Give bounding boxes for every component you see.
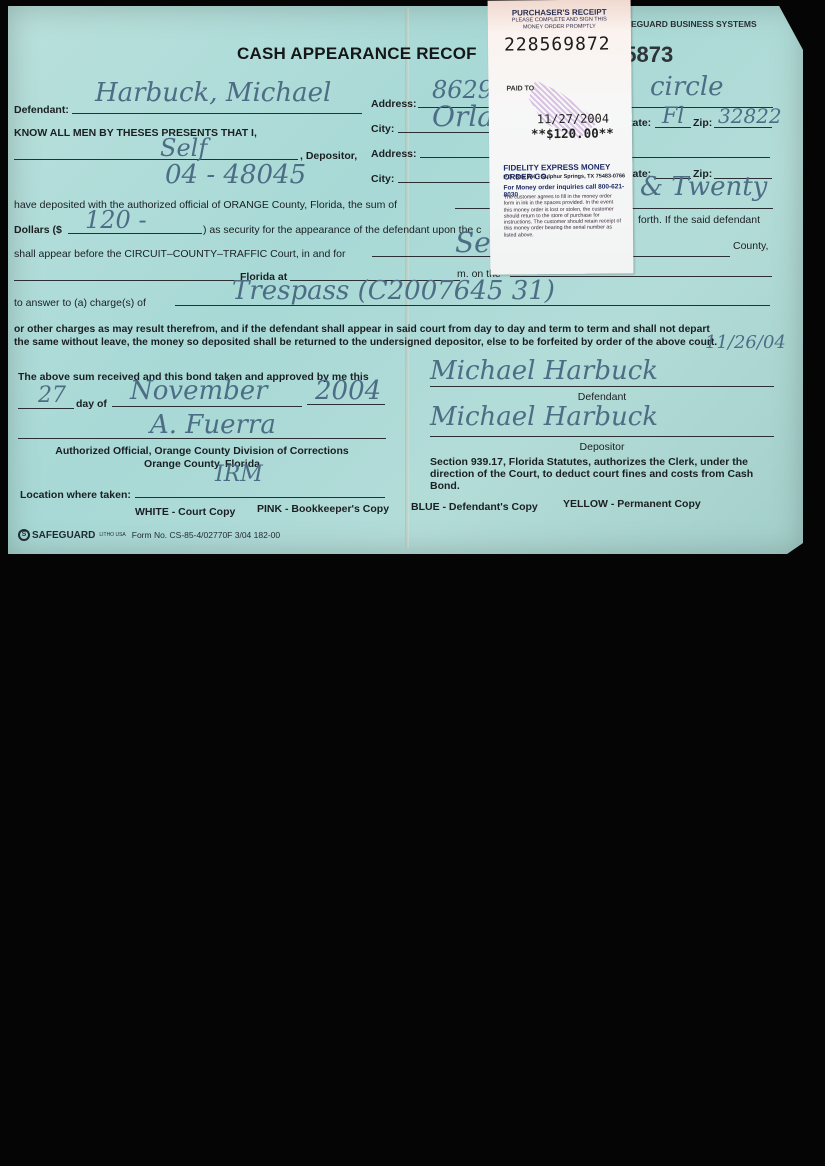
copy-pink: PINK - Bookkeeper's Copy bbox=[257, 503, 389, 515]
paid-to-label: PAID TO bbox=[506, 85, 534, 92]
receipt-serial-number: 228569872 bbox=[504, 33, 611, 55]
defendant-name-handwritten: Harbuck, Michael bbox=[95, 78, 331, 108]
receipt-date: 11/27/2004 bbox=[537, 111, 609, 126]
day-of-label: day of bbox=[76, 398, 107, 410]
address-handwritten-2: circle bbox=[650, 72, 724, 102]
charge-handwritten: Trespass (C2007645 31) bbox=[232, 276, 555, 306]
depositor-signature-line[interactable] bbox=[430, 436, 774, 437]
form-title: CASH APPEARANCE RECOF bbox=[237, 44, 477, 64]
receipt-amount: **$120.00** bbox=[531, 125, 614, 141]
depositor-handwritten: Self bbox=[160, 134, 207, 162]
state-handwritten: Fl bbox=[662, 104, 684, 129]
security-text: ) as security for the appearance of the … bbox=[203, 224, 481, 236]
florida-at-left-line bbox=[14, 280, 238, 281]
answer-charges-label: to answer to (a) charge(s) of bbox=[14, 297, 146, 309]
money-order-receipt: PURCHASER'S RECEIPT PLEASE COMPLETE AND … bbox=[488, 0, 634, 275]
sum-words-handwritten: & Twenty bbox=[640, 172, 767, 202]
statute-notice: Section 939.17, Florida Statutes, author… bbox=[430, 456, 780, 492]
zip-handwritten: 32822 bbox=[718, 104, 782, 128]
form-number: Form No. CS-85-4/02770F 3/04 182-00 bbox=[132, 530, 280, 540]
receipt-subheader-2: MONEY ORDER PROMPTLY bbox=[488, 23, 631, 30]
conditions-line-2: the same without leave, the money so dep… bbox=[14, 337, 717, 348]
defendant-label: Defendant: bbox=[14, 104, 69, 116]
safeguard-logo: S SAFEGUARD LITHO USA Form No. CS-85-4/0… bbox=[18, 529, 280, 541]
defendant-signature-handwritten: Michael Harbuck bbox=[430, 356, 658, 386]
dollars-handwritten: 120 - bbox=[85, 206, 147, 234]
year-handwritten: 2004 bbox=[315, 376, 381, 406]
official-title-line-2: Orange County, Florida bbox=[18, 458, 386, 470]
printer-name: SAFEGUARD BUSINESS SYSTEMS bbox=[614, 19, 757, 29]
defendant-field[interactable] bbox=[72, 113, 362, 114]
conditions-line-1: or other charges as may result therefrom… bbox=[14, 324, 710, 335]
copy-yellow: YELLOW - Permanent Copy bbox=[563, 498, 701, 510]
know-all-men-text: KNOW ALL MEN BY THESES PRESENTS THAT I, bbox=[14, 127, 257, 139]
receipt-fine-print: The customer agrees to fill in the money… bbox=[504, 193, 622, 238]
city-handwritten: Orla bbox=[432, 100, 494, 133]
location-label: Location where taken: bbox=[20, 489, 131, 501]
copy-white: WHITE - Court Copy bbox=[135, 506, 235, 518]
month-field[interactable] bbox=[112, 406, 302, 407]
deposited-text: have deposited with the authorized offic… bbox=[14, 199, 397, 211]
day-field[interactable] bbox=[18, 408, 74, 409]
forth-text: forth. If the said defendant bbox=[638, 214, 760, 226]
day-handwritten: 27 bbox=[38, 383, 66, 408]
zip-label: Zip: bbox=[693, 117, 712, 129]
location-handwritten: IRM bbox=[215, 462, 263, 487]
depositor-signature-label: Depositor bbox=[430, 441, 774, 453]
address-label: Address: bbox=[371, 98, 417, 110]
dollars-label: Dollars ($ bbox=[14, 224, 62, 236]
shall-appear-text: shall appear before the CIRCUIT–COUNTY–T… bbox=[14, 248, 345, 260]
defendant-signature-line[interactable] bbox=[430, 386, 774, 387]
location-field[interactable] bbox=[135, 497, 385, 498]
date-note-handwritten: 11/26/04 bbox=[705, 332, 786, 353]
official-signature-handwritten: A. Fuerra bbox=[150, 410, 276, 440]
month-handwritten: November bbox=[130, 376, 268, 406]
issuer-address: P.O. Box 766 • Sulphur Springs, TX 75483… bbox=[503, 173, 625, 180]
copy-blue: BLUE - Defendant's Copy bbox=[411, 501, 538, 513]
brand-name: SAFEGUARD bbox=[32, 530, 95, 541]
city-label: City: bbox=[371, 123, 394, 135]
official-title-line-1: Authorized Official, Orange County Divis… bbox=[18, 445, 386, 457]
case-number-handwritten: 04 - 48045 bbox=[165, 160, 306, 190]
litho-text: LITHO USA bbox=[99, 532, 125, 538]
depositor-address-label: Address: bbox=[371, 148, 417, 160]
depositor-label: , Depositor, bbox=[300, 150, 357, 162]
depositor-signature-handwritten: Michael Harbuck bbox=[430, 402, 658, 432]
county-label: County, bbox=[733, 240, 768, 252]
safeguard-helmet-icon: S bbox=[18, 529, 30, 541]
depositor-city-label: City: bbox=[371, 173, 394, 185]
